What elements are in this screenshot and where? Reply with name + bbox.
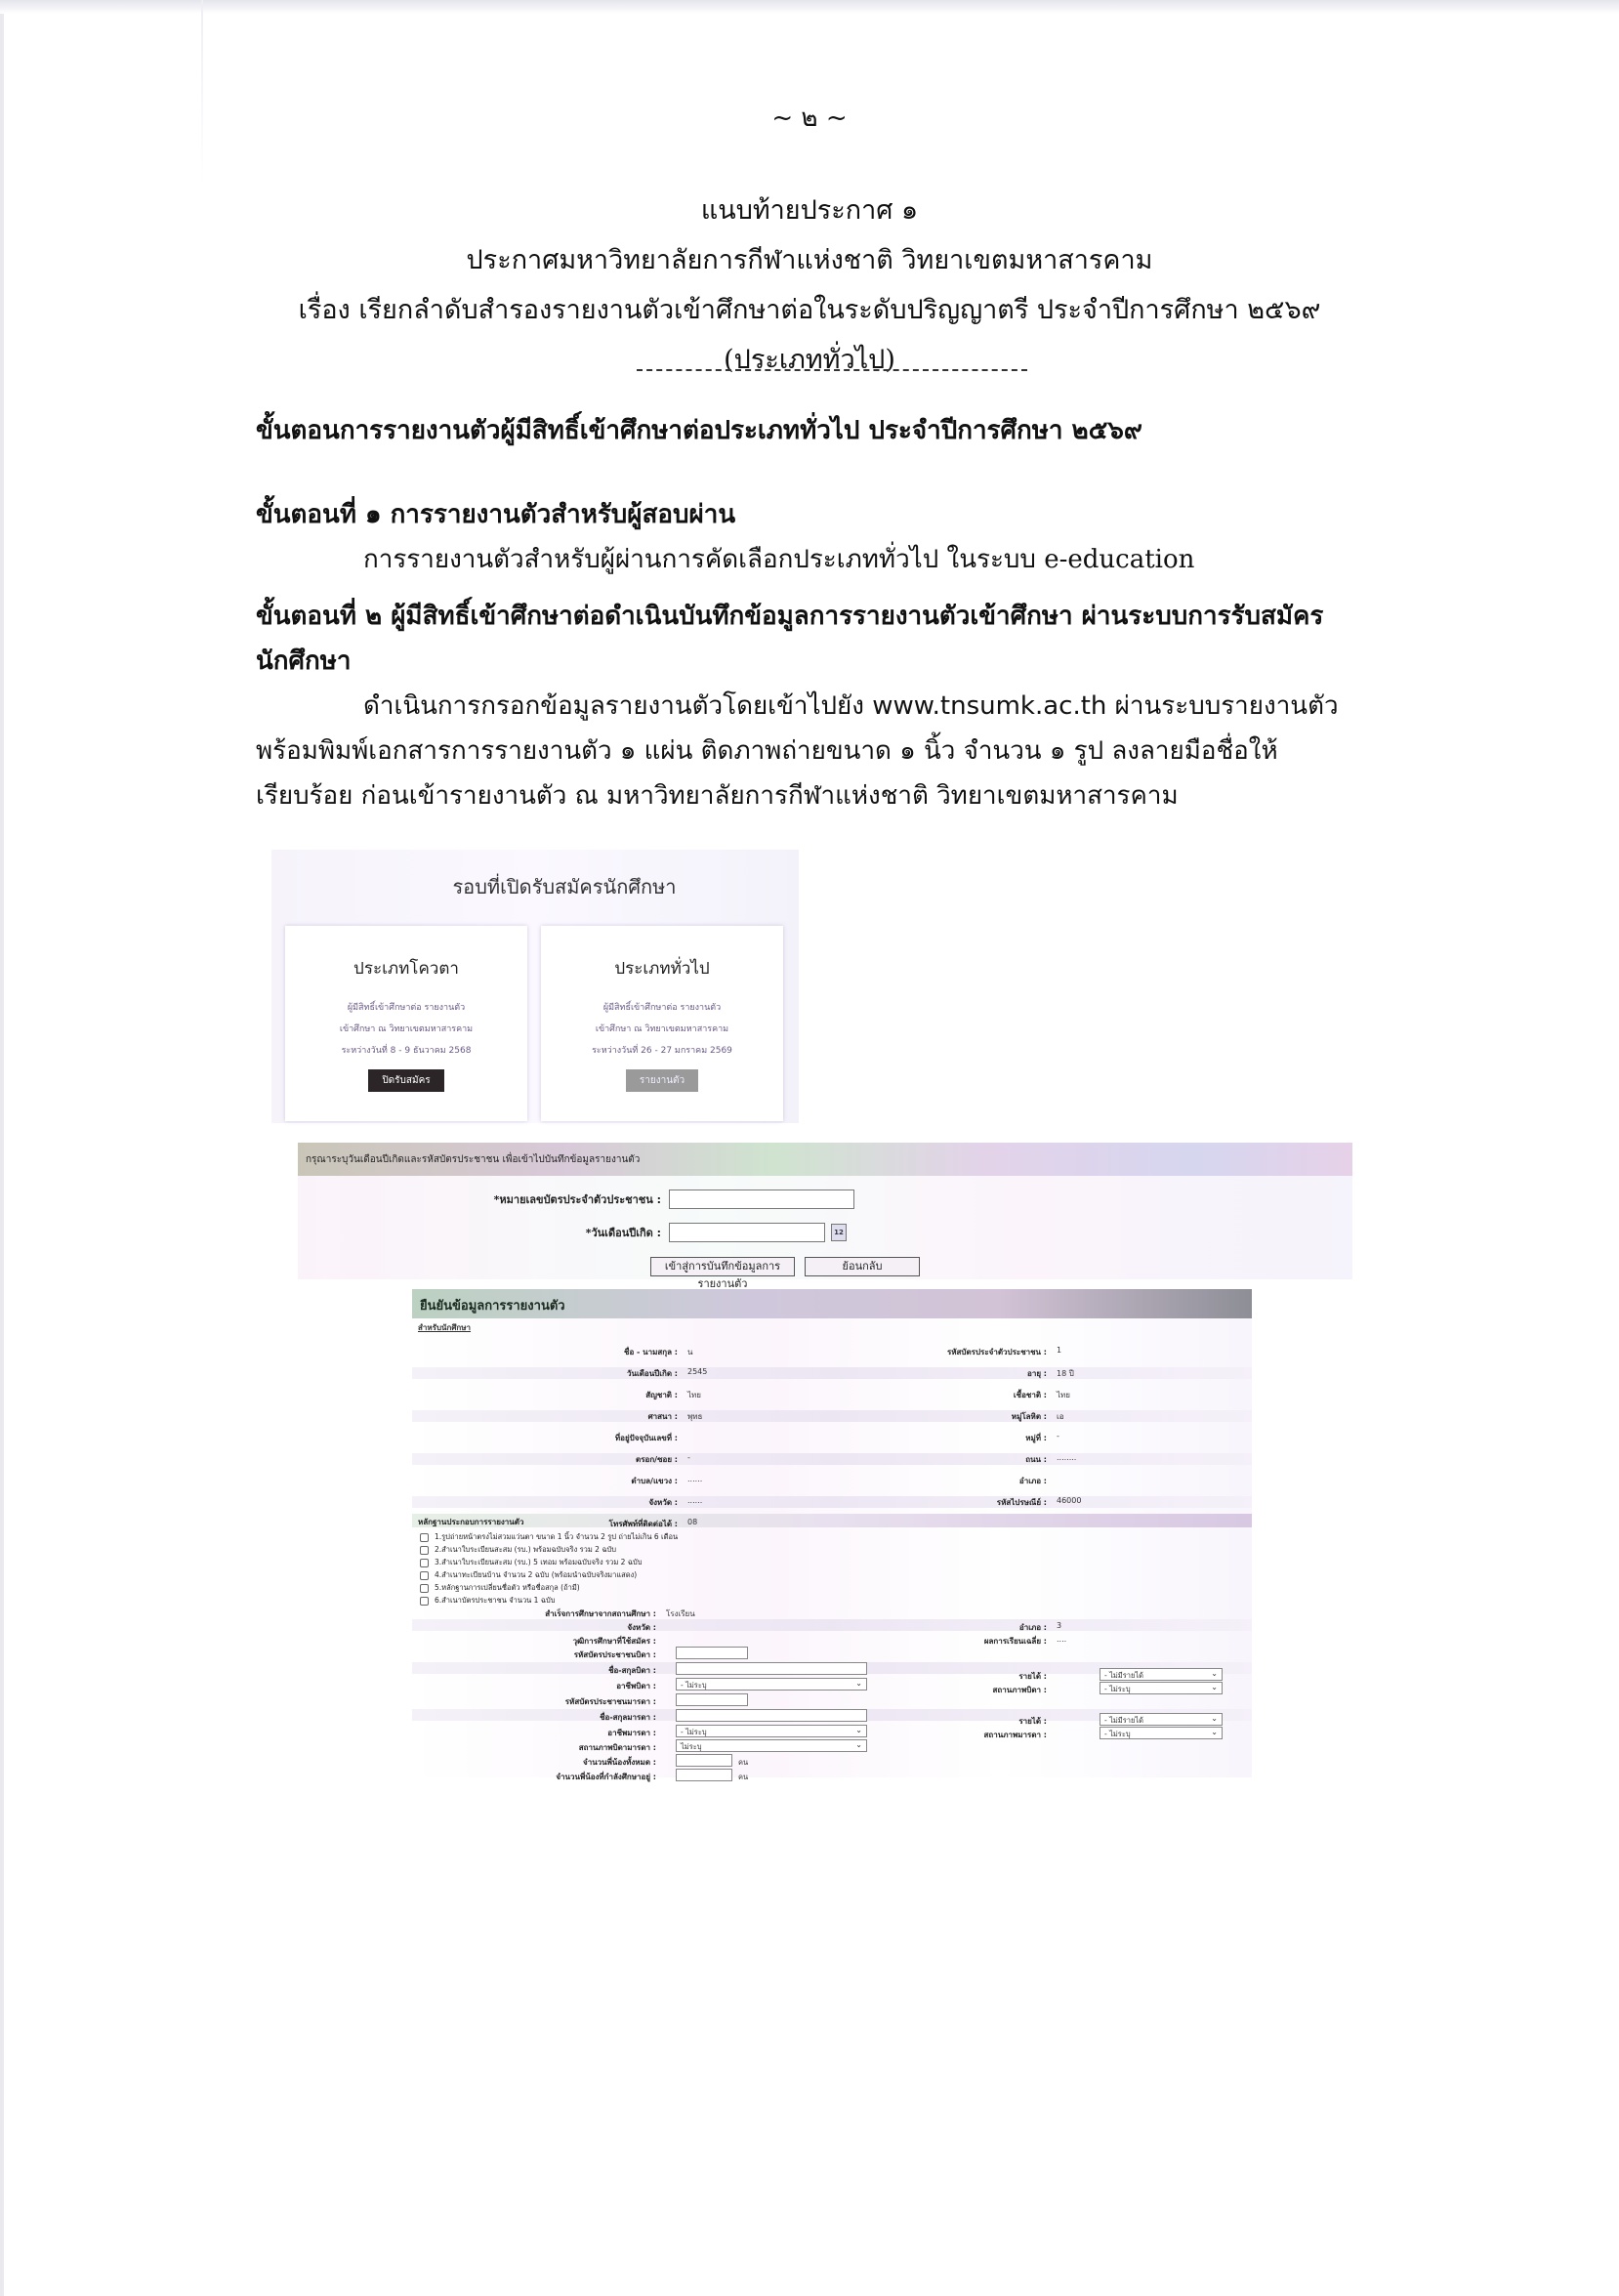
step2-text-b: ผ่านระบบรายงานตัว bbox=[1106, 691, 1338, 721]
document-label: 4.สำเนาทะเบียนบ้าน จำนวน 2 ฉบับ (พร้อมนำ… bbox=[435, 1569, 637, 1581]
field-label: อำเภอ : bbox=[939, 1475, 1057, 1487]
student-section-heading: สำหรับนักศึกษา bbox=[412, 1318, 1252, 1337]
step2-text-line3: เรียบร้อย ก่อนเข้ารายงานตัว ณ มหาวิทยาลั… bbox=[256, 773, 1398, 818]
confirm-screenshot: ยืนยันข้อมูลการรายงานตัว สำหรับนักศึกษา … bbox=[412, 1289, 1252, 1777]
row-band bbox=[412, 1496, 1252, 1508]
chevron-down-icon: ⌄ bbox=[1211, 1683, 1218, 1691]
father-name-input[interactable] bbox=[676, 1662, 867, 1675]
chevron-down-icon: ⌄ bbox=[855, 1679, 862, 1688]
field-value: ไทย bbox=[1057, 1389, 1070, 1401]
field-label: ชื่อ - นามสกุล : bbox=[549, 1346, 687, 1358]
chevron-down-icon: ⌄ bbox=[855, 1740, 862, 1749]
field-value: พุทธ bbox=[687, 1410, 702, 1423]
document-body: ขั้นตอนการรายงานตัวผู้มีสิทธิ์เข้าศึกษาต… bbox=[256, 408, 1398, 818]
field-value: ........ bbox=[1057, 1453, 1076, 1466]
rounds-title: รอบที่เปิดรับสมัครนักศึกษา bbox=[271, 871, 799, 902]
id-label: *หมายเลขบัตรประจำตัวประชาชน : bbox=[298, 1190, 669, 1208]
submit-button[interactable]: เข้าสู่การบันทึกข้อมูลการรายงานตัว bbox=[650, 1257, 795, 1276]
field-label: ที่อยู่ปัจจุบันเลขที่ : bbox=[549, 1432, 687, 1444]
student-field: อำเภอ : bbox=[939, 1475, 1057, 1487]
checkbox[interactable] bbox=[420, 1571, 429, 1580]
document-checkbox-row[interactable]: 3.สำเนาใบระเบียนสะสม (รบ.) 5 เทอม พร้อมฉ… bbox=[420, 1557, 642, 1568]
document-checkbox-row[interactable]: 6.สำเนาบัตรประชาชน จำนวน 1 ฉบับ bbox=[420, 1595, 555, 1607]
card-text: ผู้มีสิทธิ์เข้าศึกษาต่อ รายงานตัว เข้าศึ… bbox=[541, 997, 783, 1062]
field-label: รหัสไปรษณีย์ : bbox=[939, 1496, 1057, 1509]
field-value: ไทย bbox=[687, 1389, 701, 1401]
checkbox[interactable] bbox=[420, 1546, 429, 1555]
rounds-screenshot: รอบที่เปิดรับสมัครนักศึกษา ประเภทโควตา ผ… bbox=[271, 850, 799, 1123]
parents-status-select[interactable]: ไม่ระบุ⌄ bbox=[676, 1739, 867, 1752]
field-value: 46000 bbox=[1057, 1496, 1081, 1509]
siblings-field: จำนวนพี่น้องทั้งหมด : bbox=[490, 1756, 666, 1769]
father-status-field: สถานภาพบิดา : bbox=[939, 1684, 1057, 1696]
checkbox[interactable] bbox=[420, 1533, 429, 1542]
mother-job-select[interactable]: - ไม่ระบุ⌄ bbox=[676, 1725, 867, 1737]
student-field: ศาสนา :พุทธ bbox=[549, 1410, 702, 1423]
field-value: 1 bbox=[1057, 1346, 1061, 1358]
father-status-select[interactable]: - ไม่ระบุ⌄ bbox=[1100, 1682, 1223, 1694]
field-label: เชื้อชาติ : bbox=[939, 1389, 1057, 1401]
chevron-down-icon: ⌄ bbox=[1211, 1728, 1218, 1736]
field-value: - bbox=[1057, 1432, 1059, 1444]
field-label: จังหวัด : bbox=[549, 1496, 687, 1509]
document-label: 3.สำเนาใบระเบียนสะสม (รบ.) 5 เทอม พร้อมฉ… bbox=[435, 1557, 642, 1568]
round-card-general: ประเภททั่วไป ผู้มีสิทธิ์เข้าศึกษาต่อ ราย… bbox=[541, 926, 783, 1121]
mother-status-select[interactable]: - ไม่ระบุ⌄ bbox=[1100, 1727, 1223, 1739]
step2-text-a: ดำเนินการกรอกข้อมูลรายงานตัวโดยเข้าไปยัง bbox=[363, 691, 872, 721]
student-field: ชื่อ - นามสกุล :น bbox=[549, 1346, 692, 1358]
document-label: 6.สำเนาบัตรประชาชน จำนวน 1 ฉบับ bbox=[435, 1595, 555, 1607]
field-label: หมู่ที่ : bbox=[939, 1432, 1057, 1444]
checkbox[interactable] bbox=[420, 1584, 429, 1593]
dob-input[interactable] bbox=[669, 1223, 825, 1242]
divider bbox=[637, 369, 1027, 371]
document-checkbox-row[interactable]: 4.สำเนาทะเบียนบ้าน จำนวน 2 ฉบับ (พร้อมนำ… bbox=[420, 1569, 637, 1581]
field-label: วันเดือนปีเกิด : bbox=[549, 1367, 687, 1380]
father-income-select[interactable]: - ไม่มีรายได้⌄ bbox=[1100, 1668, 1223, 1681]
login-screenshot: กรุณาระบุวันเดือนปีเกิดและรหัสบัตรประชาช… bbox=[298, 1143, 1352, 1279]
mother-id-input[interactable] bbox=[676, 1693, 748, 1706]
card-date: ระหว่างวันที่ 26 - 27 มกราคม 2569 bbox=[541, 1040, 783, 1062]
parents-status-field: สถานภาพบิดามารดา : bbox=[490, 1741, 666, 1754]
siblings-studying-input[interactable] bbox=[676, 1769, 732, 1781]
father-income-field: รายได้ : bbox=[939, 1670, 1057, 1683]
mother-income-select[interactable]: - ไม่มีรายได้⌄ bbox=[1100, 1713, 1223, 1726]
field-value: ...... bbox=[687, 1496, 702, 1509]
row-band bbox=[412, 1367, 1252, 1379]
siblings-studying-field: จำนวนพี่น้องที่กำลังศึกษาอยู่ : bbox=[490, 1771, 666, 1783]
round-card-quota: ประเภทโควตา ผู้มีสิทธิ์เข้าศึกษาต่อ รายง… bbox=[285, 926, 527, 1121]
step2-heading: ขั้นตอนที่ ๒ ผู้มีสิทธิ์เข้าศึกษาต่อดำเน… bbox=[256, 594, 1398, 639]
chevron-down-icon: ⌄ bbox=[855, 1726, 862, 1734]
field-label: ตำบล/แขวง : bbox=[549, 1475, 687, 1487]
field-value: 2545 bbox=[687, 1367, 707, 1380]
siblings-input[interactable] bbox=[676, 1754, 732, 1767]
card-line: ผู้มีสิทธิ์เข้าศึกษาต่อ รายงานตัว bbox=[285, 997, 527, 1019]
card-line: เข้าศึกษา ณ วิทยาเขตมหาสารคาม bbox=[541, 1019, 783, 1040]
father-name-field: ชื่อ-สกุลบิดา : bbox=[490, 1664, 666, 1677]
mother-status-field: สถานภาพมารดา : bbox=[939, 1729, 1057, 1741]
page-number: ~ ๒ ~ bbox=[0, 98, 1619, 138]
card-date: ระหว่างวันที่ 8 - 9 ธันวาคม 2568 bbox=[285, 1040, 527, 1062]
document-checkbox-row[interactable]: 5.หลักฐานการเปลี่ยนชื่อตัว หรือชื่อสกุล … bbox=[420, 1582, 580, 1594]
id-number-input[interactable] bbox=[669, 1190, 854, 1209]
closed-button[interactable]: ปิดรับสมัคร bbox=[368, 1069, 443, 1092]
student-field: หมู่ที่ :- bbox=[939, 1432, 1059, 1444]
mother-id-field: รหัสบัตรประชาชนมารดา : bbox=[490, 1695, 666, 1708]
calendar-icon[interactable]: 12 bbox=[831, 1224, 847, 1241]
step2-text-line2: พร้อมพิมพ์เอกสารการรายงานตัว ๑ แผ่น ติดภ… bbox=[256, 729, 1398, 773]
step1-heading: ขั้นตอนที่ ๑ การรายงานตัวสำหรับผู้สอบผ่า… bbox=[256, 492, 1398, 537]
student-field: ตำบล/แขวง :...... bbox=[549, 1475, 702, 1487]
field-label: สัญชาติ : bbox=[549, 1389, 687, 1401]
field-value: 18 ปี bbox=[1057, 1367, 1074, 1380]
father-job-field: อาชีพบิดา : bbox=[490, 1680, 666, 1692]
father-id-input[interactable] bbox=[676, 1647, 748, 1659]
mother-name-input[interactable] bbox=[676, 1709, 867, 1722]
row-band bbox=[412, 1453, 1252, 1465]
card-line: ผู้มีสิทธิ์เข้าศึกษาต่อ รายงานตัว bbox=[541, 997, 783, 1019]
annex-title: แนบท้ายประกาศ ๑ bbox=[244, 186, 1375, 235]
degree-field: วุฒิการศึกษาที่ใช้สมัคร : bbox=[490, 1635, 666, 1648]
father-id-field: รหัสบัตรประชาชนบิดา : bbox=[490, 1649, 666, 1661]
gpa-field: ผลการเรียนเฉลี่ย :.... bbox=[939, 1635, 1066, 1648]
father-job-select[interactable]: - ไม่ระบุ⌄ bbox=[676, 1678, 867, 1691]
student-field: อายุ :18 ปี bbox=[939, 1367, 1074, 1380]
confirm-title: ยืนยันข้อมูลการรายงานตัว bbox=[412, 1289, 1252, 1318]
district-field: อำเภอ :3 bbox=[939, 1621, 1061, 1634]
step1-text: การรายงานตัวสำหรับผู้ผ่านการคัดเลือกประเ… bbox=[256, 537, 1398, 582]
announcement-category: (ประเภททั่วไป) bbox=[244, 335, 1375, 385]
student-field: เชื้อชาติ :ไทย bbox=[939, 1389, 1070, 1401]
student-field: ตรอก/ซอย :- bbox=[549, 1453, 690, 1466]
annex-header: แนบท้ายประกาศ ๑ ประกาศมหาวิทยาลัยการกีฬา… bbox=[244, 186, 1375, 385]
siblings-studying-unit: คน bbox=[738, 1772, 748, 1783]
document-label: 1.รูปถ่ายหน้าตรงไม่สวมแว่นตา ขนาด 1 นิ้ว… bbox=[435, 1531, 678, 1543]
page-edge bbox=[0, 0, 4, 2296]
document-label: 5.หลักฐานการเปลี่ยนชื่อตัว หรือชื่อสกุล … bbox=[435, 1582, 580, 1594]
mother-job-field: อาชีพมารดา : bbox=[490, 1727, 666, 1739]
field-label: หมู่โลหิต : bbox=[939, 1410, 1057, 1423]
student-field: จังหวัด :...... bbox=[549, 1496, 702, 1509]
page-shadow bbox=[0, 0, 1619, 14]
announcement-subject: เรื่อง เรียกลำดับสำรองรายงานตัวเข้าศึกษา… bbox=[244, 285, 1375, 335]
field-label: ตรอก/ซอย : bbox=[549, 1453, 687, 1466]
checkbox[interactable] bbox=[420, 1559, 429, 1567]
mother-name-field: ชื่อ-สกุลมารดา : bbox=[490, 1711, 666, 1724]
card-line: เข้าศึกษา ณ วิทยาเขตมหาสารคาม bbox=[285, 1019, 527, 1040]
step2-text-line1: ดำเนินการกรอกข้อมูลรายงานตัวโดยเข้าไปยัง… bbox=[256, 684, 1398, 729]
field-label: ศาสนา : bbox=[549, 1410, 687, 1423]
login-instruction: กรุณาระบุวันเดือนปีเกิดและรหัสบัตรประชาช… bbox=[298, 1143, 1352, 1176]
row-band bbox=[412, 1410, 1252, 1422]
scan-fold-line bbox=[201, 0, 203, 186]
card-title: ประเภทโควตา bbox=[285, 955, 527, 981]
student-field: สัญชาติ :ไทย bbox=[549, 1389, 701, 1401]
document-checkbox-row[interactable]: 2.สำเนาใบระเบียนสะสม (รบ.) พร้อมฉบับจริง… bbox=[420, 1544, 616, 1556]
step2-heading-cont: นักศึกษา bbox=[256, 639, 1398, 684]
dob-row: *วันเดือนปีเกิด : 12 bbox=[298, 1223, 847, 1242]
student-field: ถนน :........ bbox=[939, 1453, 1076, 1466]
siblings-unit: คน bbox=[738, 1757, 748, 1769]
back-button[interactable]: ย้อนกลับ bbox=[805, 1257, 920, 1276]
field-value: เอ bbox=[1057, 1410, 1064, 1423]
card-title: ประเภททั่วไป bbox=[541, 955, 783, 981]
field-value: ...... bbox=[687, 1475, 702, 1487]
student-field: รหัสบัตรประจำตัวประชาชน :1 bbox=[939, 1346, 1061, 1358]
student-field: รหัสไปรษณีย์ :46000 bbox=[939, 1496, 1081, 1509]
main-heading: ขั้นตอนการรายงานตัวผู้มีสิทธิ์เข้าศึกษาต… bbox=[256, 408, 1398, 453]
province-field: จังหวัด : bbox=[490, 1621, 666, 1634]
field-value: - bbox=[687, 1453, 690, 1466]
field-label: อายุ : bbox=[939, 1367, 1057, 1380]
student-field: วันเดือนปีเกิด :2545 bbox=[549, 1367, 707, 1380]
student-field: ที่อยู่ปัจจุบันเลขที่ : bbox=[549, 1432, 687, 1444]
documents-section-heading: หลักฐานประกอบการรายงานตัว bbox=[412, 1514, 1252, 1527]
card-text: ผู้มีสิทธิ์เข้าศึกษาต่อ รายงานตัว เข้าศึ… bbox=[285, 997, 527, 1062]
dob-label: *วันเดือนปีเกิด : bbox=[298, 1224, 669, 1241]
mother-income-field: รายได้ : bbox=[939, 1715, 1057, 1728]
field-value: 08 bbox=[687, 1518, 697, 1530]
chevron-down-icon: ⌄ bbox=[1211, 1669, 1218, 1678]
document-checkbox-row[interactable]: 1.รูปถ่ายหน้าตรงไม่สวมแว่นตา ขนาด 1 นิ้ว… bbox=[420, 1531, 678, 1543]
field-label: โทรศัพท์ที่ติดต่อได้ : bbox=[549, 1518, 687, 1530]
document-label: 2.สำเนาใบระเบียนสะสม (รบ.) พร้อมฉบับจริง… bbox=[435, 1544, 616, 1556]
student-field: หมู่โลหิต :เอ bbox=[939, 1410, 1064, 1423]
field-value: น bbox=[687, 1346, 692, 1358]
report-button[interactable]: รายงานตัว bbox=[626, 1069, 698, 1092]
website-link[interactable]: www.tnsumk.ac.th bbox=[872, 691, 1106, 721]
field-label: รหัสบัตรประจำตัวประชาชน : bbox=[939, 1346, 1057, 1358]
student-field: โทรศัพท์ที่ติดต่อได้ :08 bbox=[549, 1518, 697, 1530]
id-row: *หมายเลขบัตรประจำตัวประชาชน : bbox=[298, 1190, 854, 1209]
field-label: ถนน : bbox=[939, 1453, 1057, 1466]
checkbox[interactable] bbox=[420, 1597, 429, 1606]
announcement-title: ประกาศมหาวิทยาลัยการกีฬาแห่งชาติ วิทยาเข… bbox=[244, 235, 1375, 285]
chevron-down-icon: ⌄ bbox=[1211, 1714, 1218, 1723]
